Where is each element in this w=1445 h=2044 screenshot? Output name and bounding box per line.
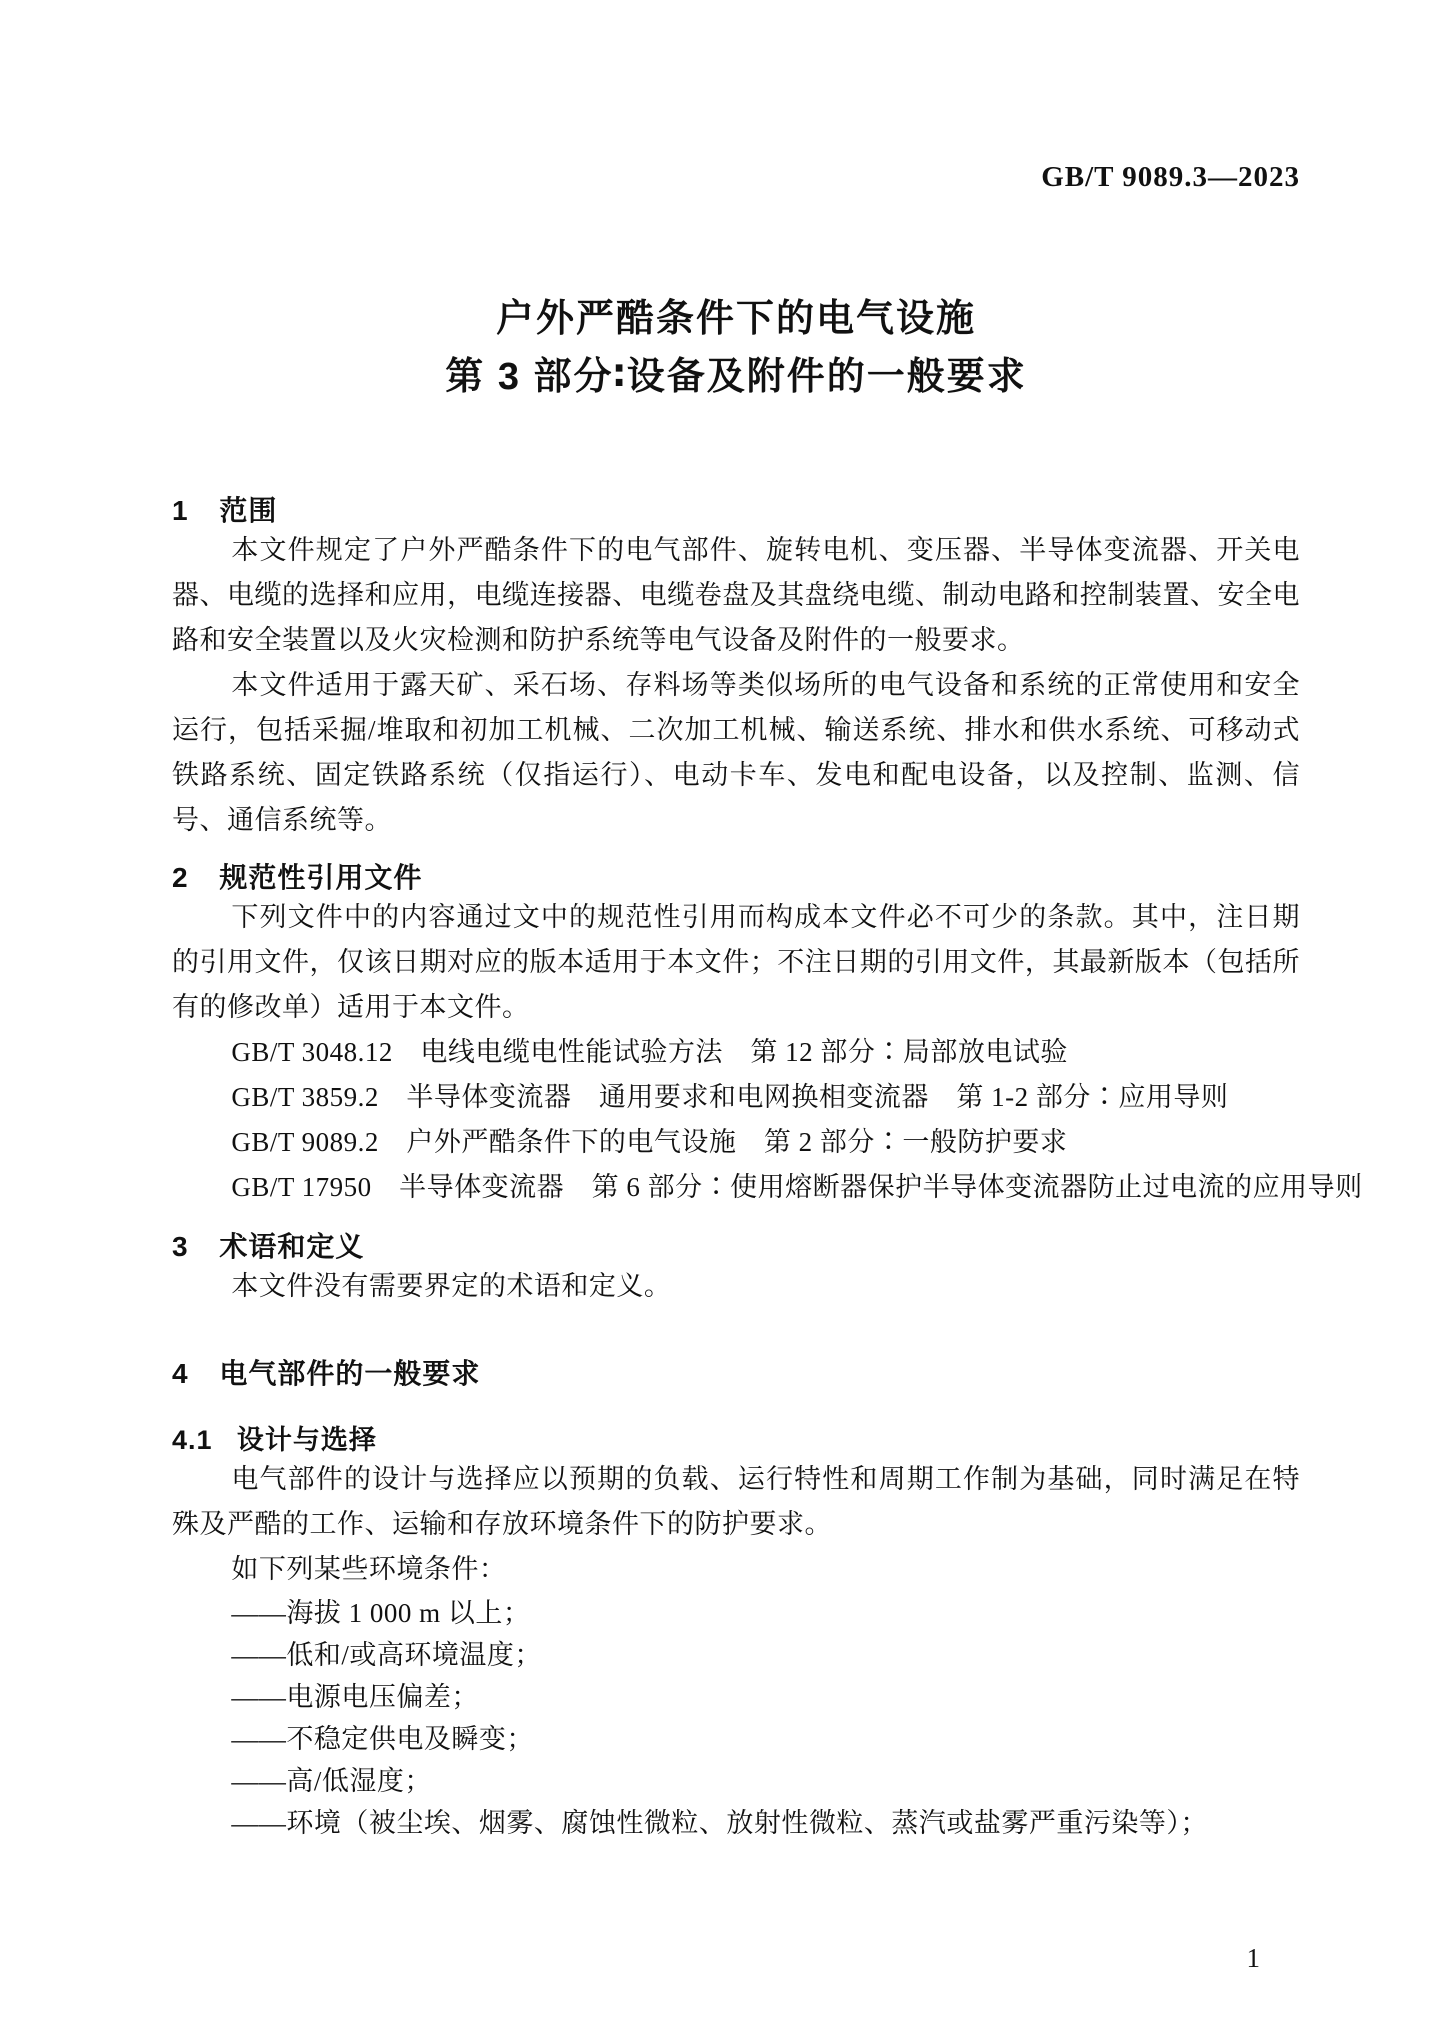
reference-item: GB/T 3859.2 半导体变流器 通用要求和电网换相变流器 第 1-2 部分… (172, 1075, 1300, 1120)
document-title-line2: 第 3 部分∶设备及附件的一般要求 (172, 348, 1300, 406)
design-selection-paragraph: 电气部件的设计与选择应以预期的负载、运行特性和周期工作制为基础，同时满足在特殊及… (172, 1457, 1300, 1547)
clause-4-heading: 4电气部件的一般要求 (172, 1357, 1300, 1391)
clause-4-number: 4 (172, 1358, 189, 1389)
clause-4-1-heading: 4.1设计与选择 (172, 1423, 1300, 1457)
clause-3-heading: 3术语和定义 (172, 1230, 1300, 1264)
environment-list-item: ——电源电压偏差； (172, 1676, 1300, 1718)
environment-list-item: ——环境（被尘埃、烟雾、腐蚀性微粒、放射性微粒、蒸汽或盐雾严重污染等）； (172, 1802, 1300, 1844)
clause-2-heading: 2规范性引用文件 (172, 861, 1300, 895)
environment-list-item: ——海拔 1 000 m 以上； (172, 1592, 1300, 1634)
clause-2-number: 2 (172, 862, 189, 893)
clause-1-heading: 1范围 (172, 494, 1300, 528)
document-title: 户外严酷条件下的电气设施 第 3 部分∶设备及附件的一般要求 (172, 290, 1300, 406)
clause-3-title: 术语和定义 (219, 1231, 364, 1262)
terms-paragraph: 本文件没有需要界定的术语和定义。 (172, 1264, 1300, 1309)
clause-3-number: 3 (172, 1231, 189, 1262)
clause-2-title: 规范性引用文件 (219, 862, 422, 893)
standard-code: GB/T 9089.3—2023 (1041, 161, 1300, 193)
environment-list-intro: 如下列某些环境条件： (172, 1547, 1300, 1592)
clause-4-1-title: 设计与选择 (237, 1425, 377, 1455)
clause-4-1-number: 4.1 (172, 1425, 213, 1455)
references-intro-paragraph: 下列文件中的内容通过文中的规范性引用而构成本文件必不可少的条款。其中，注日期的引… (172, 895, 1300, 1030)
page-content: GB/T 9089.3—2023 户外严酷条件下的电气设施 第 3 部分∶设备及… (172, 0, 1300, 1844)
clause-1-number: 1 (172, 495, 189, 526)
clause-4-title: 电气部件的一般要求 (219, 1358, 480, 1389)
scope-paragraph-2: 本文件适用于露天矿、采石场、存料场等类似场所的电气设备和系统的正常使用和安全运行… (172, 663, 1300, 843)
page-number: 1 (1247, 1942, 1261, 1974)
running-header: GB/T 9089.3—2023 (172, 162, 1300, 192)
environment-list-item: ——不稳定供电及瞬变； (172, 1718, 1300, 1760)
reference-item: GB/T 17950 半导体变流器 第 6 部分∶使用熔断器保护半导体变流器防止… (172, 1165, 1300, 1210)
document-title-line1: 户外严酷条件下的电气设施 (172, 290, 1300, 348)
environment-list-item: ——低和/或高环境温度； (172, 1634, 1300, 1676)
scope-paragraph-1: 本文件规定了户外严酷条件下的电气部件、旋转电机、变压器、半导体变流器、开关电器、… (172, 528, 1300, 663)
reference-item: GB/T 3048.12 电线电缆电性能试验方法 第 12 部分∶局部放电试验 (172, 1030, 1300, 1075)
document-page: GB/T 9089.3—2023 户外严酷条件下的电气设施 第 3 部分∶设备及… (0, 0, 1445, 2044)
clause-1-title: 范围 (219, 495, 277, 526)
reference-item: GB/T 9089.2 户外严酷条件下的电气设施 第 2 部分∶一般防护要求 (172, 1120, 1300, 1165)
environment-list-item: ——高/低湿度； (172, 1760, 1300, 1802)
